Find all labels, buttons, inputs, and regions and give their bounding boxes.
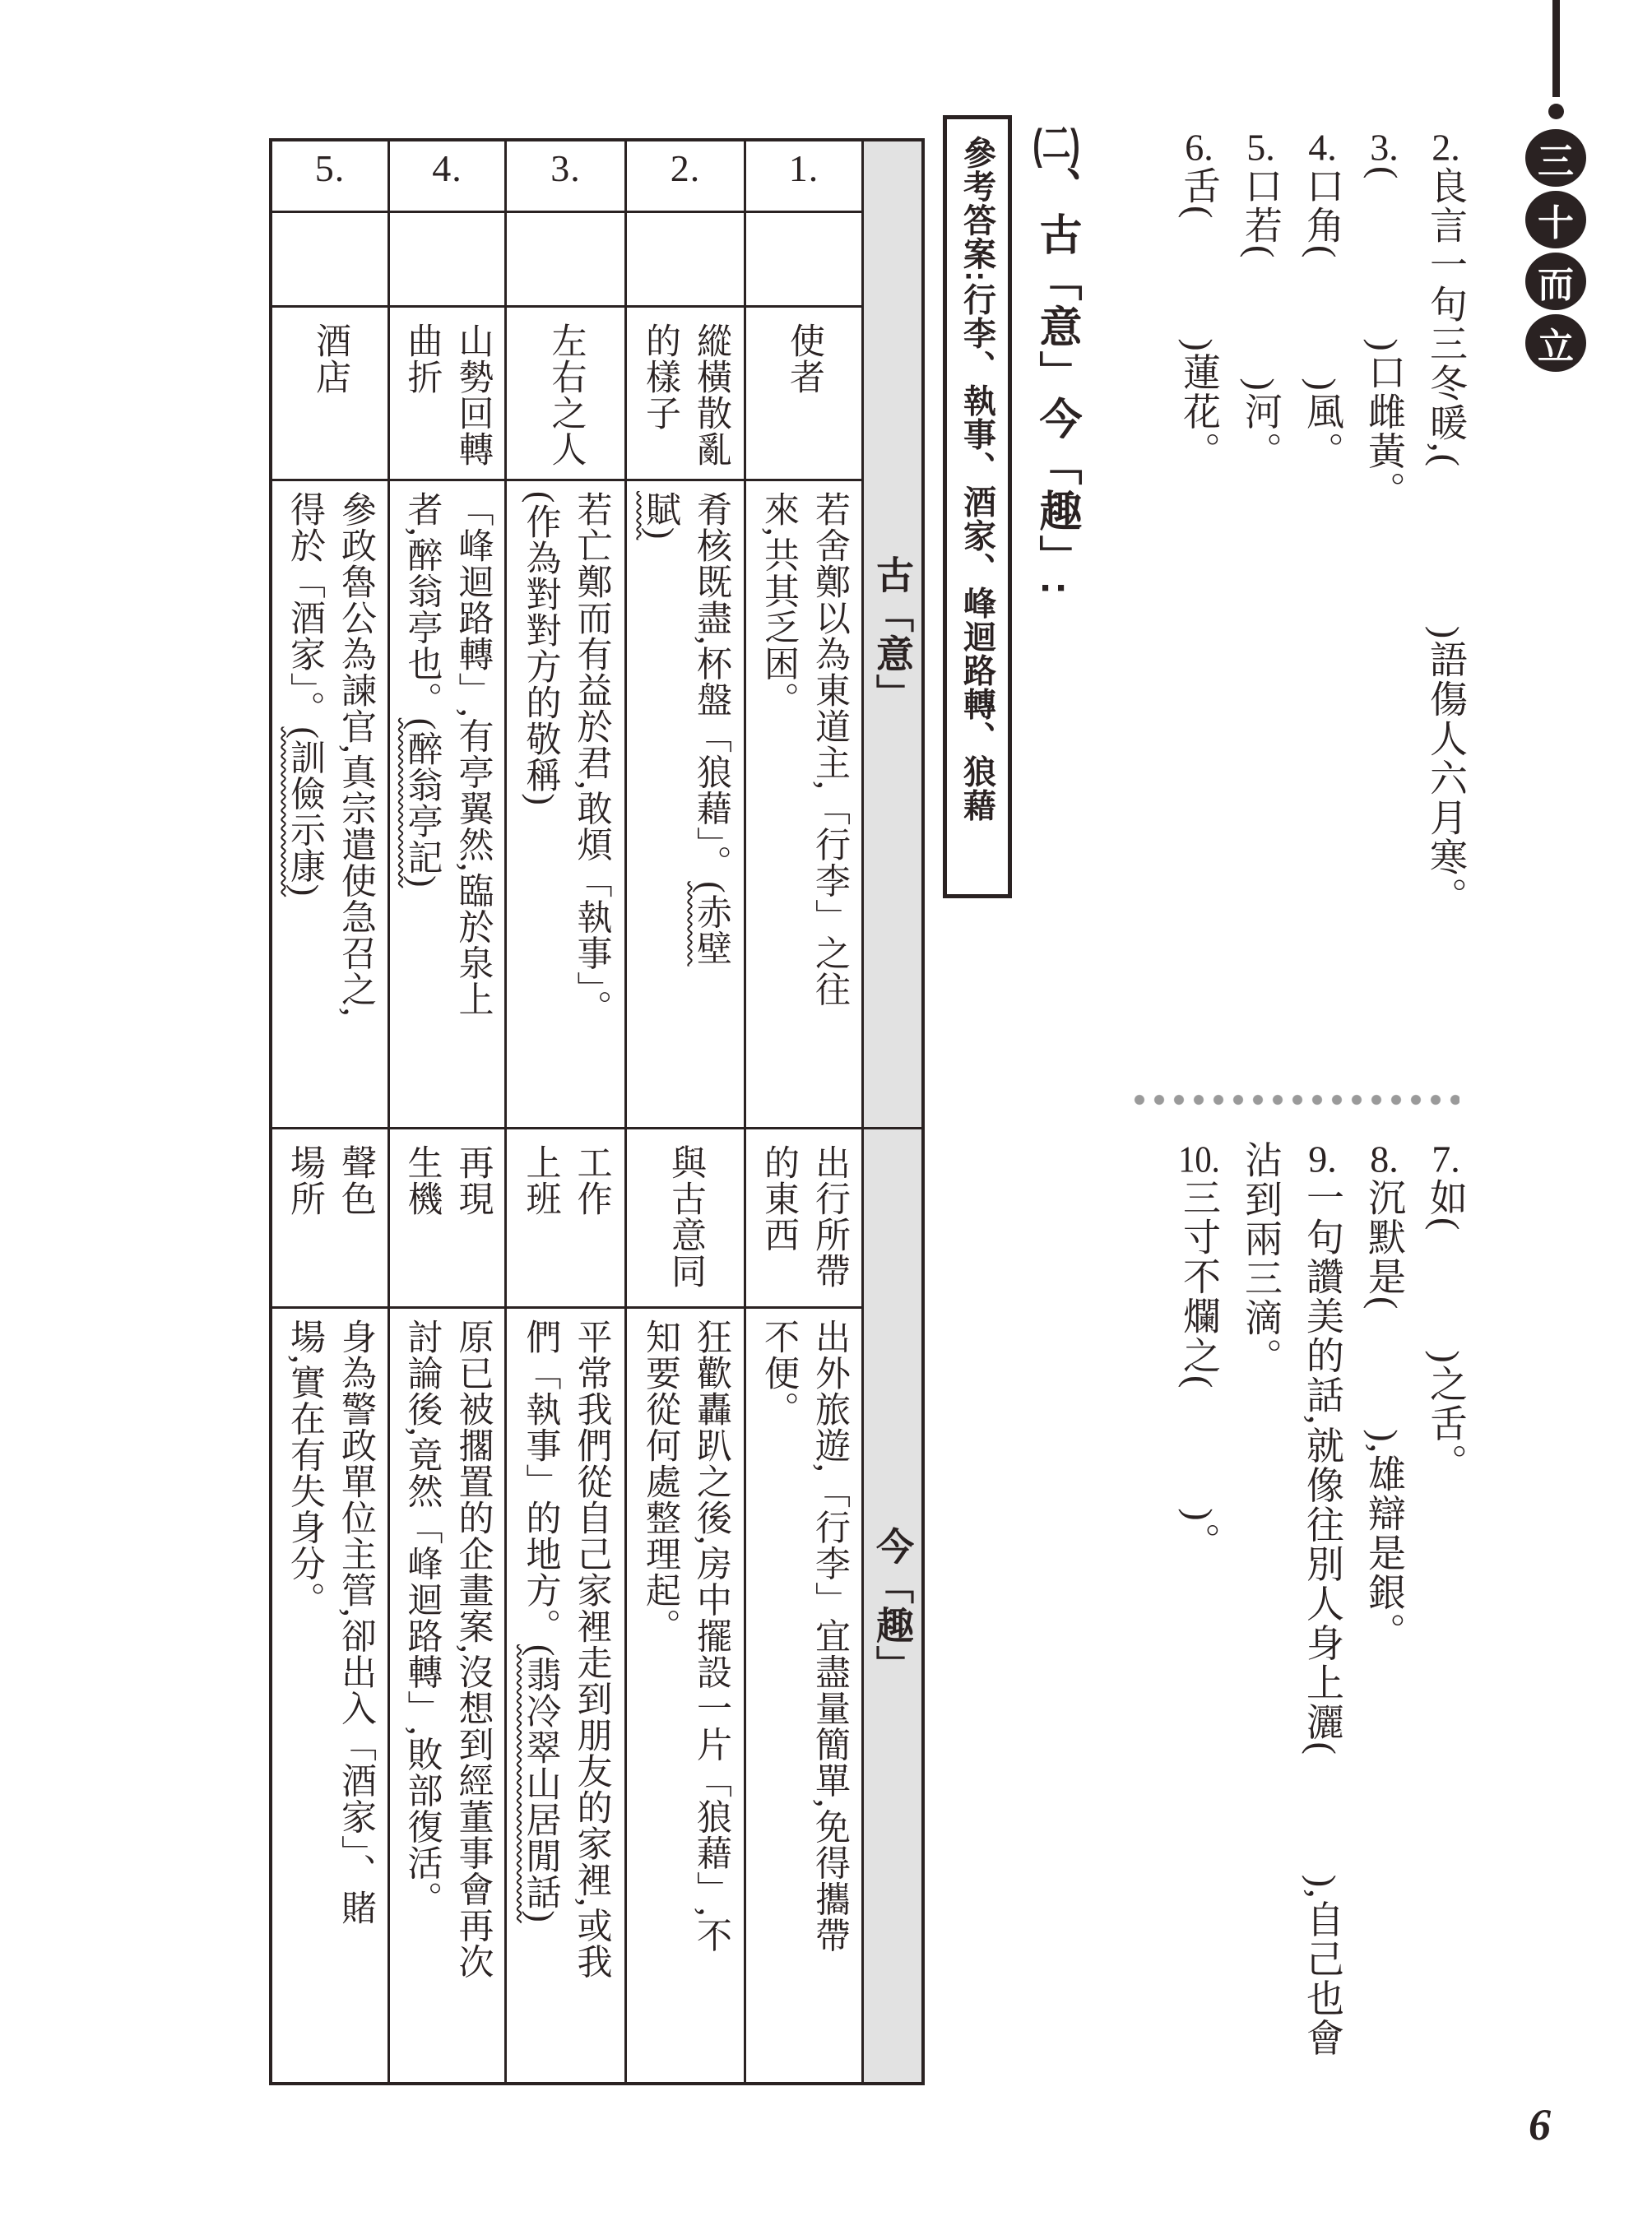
note-ref: (作為對對方的敬稱) (522, 491, 560, 806)
exercise-item-4: 4.口角( )風。 (1292, 128, 1353, 1009)
book-title-ref: (訓儉示康) (285, 727, 324, 897)
item-number: 2. (1425, 128, 1467, 166)
row1-number: 1. (746, 141, 861, 211)
section-number: (二) (1032, 123, 1080, 166)
item-number: 4. (1302, 128, 1343, 166)
answer-box-label: 參考答案: (959, 136, 995, 282)
section-title: 、古「意」今「趣」: (1032, 166, 1080, 598)
row3-ancient-example: 若亡鄭而有益於君,敢煩「執事」。 (作為對對方的敬稱) (507, 481, 624, 1127)
book-title-ref: (醉翁亭記) (403, 718, 442, 888)
row2-modern-meaning: 與古意同 (627, 1129, 744, 1306)
exercise-item-9: 9.一句讚美的話,就像往別人身上灑( ),自己也會沾到兩三滴。 (1230, 1140, 1353, 2078)
row3-modern-meaning: 工作 上班 (507, 1129, 624, 1306)
badge-char: 十 (1538, 193, 1574, 246)
badge-char-circle: 立 (1525, 314, 1586, 372)
badge-char: 而 (1538, 255, 1574, 308)
row5-ancient-meaning: 酒店 (272, 308, 387, 479)
row1-ancient-meaning: 使者 (746, 308, 861, 479)
table-header-modern: 今「趣」 (864, 1129, 921, 2082)
item-number: 3. (1363, 128, 1405, 166)
item-text: 口角( )風。 (1302, 166, 1343, 471)
row5-modern-meaning: 聲色 場所 (272, 1129, 387, 1306)
exercise-item-8: 8.沉默是( ),雄辯是銀。 (1353, 1140, 1415, 2078)
item-number: 7. (1425, 1140, 1467, 1178)
item-number: 5. (1240, 128, 1282, 166)
chapter-badge: 三 十 而 立 (1524, 0, 1587, 376)
dotted-divider (1134, 1094, 1459, 1106)
table-header-ancient: 古「意」 (864, 141, 921, 1127)
row4-ancient-meaning: 山勢回轉 曲折 (390, 308, 504, 479)
row3-ancient-meaning: 左右之人 (507, 308, 624, 479)
answer-box-answers: 行李、執事、酒家、峰迴路轉、狼藉 (959, 282, 995, 822)
row3-number: 3. (507, 141, 624, 211)
exercise-item-3: 3.( )口雌黃。 (1353, 128, 1415, 1009)
item-number: 10. (1178, 1140, 1220, 1178)
item-text: 口若( )河。 (1240, 166, 1282, 471)
exercise-item-7: 7.如( )之舌。 (1415, 1140, 1477, 2078)
section-heading: (二)、古「意」今「趣」: (1026, 123, 1088, 617)
badge-char-circle: 而 (1525, 253, 1586, 310)
item-text: 三寸不爛之( )。 (1178, 1178, 1220, 1562)
row1-modern-meaning: 出行所帶 的東西 (746, 1129, 861, 1306)
row1-modern-example: 出外旅遊,「行李」宜盡量簡單,免得攜帶 不便。 (746, 1309, 861, 2082)
row2-ancient-example: 肴核既盡,杯盤「狼藉」。(赤壁 賦) (627, 481, 744, 1127)
item-text: 舌( )蓮花。 (1178, 166, 1220, 471)
row3-modern-example: 平常我們從自己家裡走到朋友的家裡,或我 們「執事」的地方。(翡冷翠山居閒話) (507, 1309, 624, 2082)
page-number: 6 (1529, 2099, 1551, 2150)
row4-number: 4. (390, 141, 504, 211)
row2-number: 2. (627, 141, 744, 211)
item-text: 一句讚美的話,就像往別人身上灑( ),自己也會沾到兩三滴。 (1240, 1140, 1343, 2058)
row4-modern-meaning: 再現 生機 (390, 1129, 504, 1306)
item-number: 9. (1302, 1140, 1343, 1178)
reference-answer-box: 參考答案:行李、執事、酒家、峰迴路轉、狼藉 (943, 115, 1012, 898)
badge-char-circle: 十 (1525, 191, 1586, 248)
badge-dot (1548, 104, 1564, 119)
badge-char-circle: 三 (1525, 129, 1586, 187)
row4-modern-example: 原已被擱置的企畫案,沒想到經董事會再次 討論後,竟然「峰迴路轉」,敗部復活。 (390, 1309, 504, 2082)
row2-answer-blank-cell (627, 213, 744, 305)
row2-ancient-meaning: 縱橫散亂 的樣子 (627, 308, 744, 479)
exercise-item-10: 10.三寸不爛之( )。 (1168, 1140, 1230, 2078)
row1-answer-blank-cell (746, 213, 861, 305)
exercise-items-2-6: 2.良言一句三冬暖,( )語傷人六月寒。 3.( )口雌黃。 4.口角( )風。… (1164, 128, 1477, 1009)
book-title-ref: (翡冷翠山居閒話) (522, 1644, 560, 1923)
badge-char: 立 (1538, 317, 1574, 369)
item-number: 8. (1363, 1140, 1405, 1178)
exercise-item-5: 5.口若( )河。 (1230, 128, 1292, 1009)
exercise-items-7-10: 7.如( )之舌。 8.沉默是( ),雄辯是銀。 9.一句讚美的話,就像往別人身… (1164, 1140, 1477, 2078)
item-text: ( )口雌黃。 (1363, 166, 1405, 511)
exercise-item-2: 2.良言一句三冬暖,( )語傷人六月寒。 (1415, 128, 1477, 1009)
row5-modern-example: 身為警政單位主管,卻出入「酒家」、賭 場,實在有失身分。 (272, 1309, 387, 2082)
row3-answer-blank-cell (507, 213, 624, 305)
item-text: 良言一句三冬暖,( )語傷人六月寒。 (1425, 166, 1467, 916)
row5-number: 5. (272, 141, 387, 211)
exercise-item-6: 6.舌( )蓮花。 (1168, 128, 1230, 1009)
row2-modern-example: 狂歡轟趴之後,房中擺設一片「狼藉」,不 知要從何處整理起。 (627, 1309, 744, 2082)
badge-char: 三 (1538, 132, 1574, 184)
row4-ancient-example: 「峰迴路轉」,有亭翼然,臨於泉上 者,醉翁亭也。(醉翁亭記) (390, 481, 504, 1127)
ancient-modern-meaning-table: 古「意」 今「趣」 1. 使者 若舍鄭以為東道主,「行李」之往 來,共其乏困。 … (269, 138, 925, 2085)
row1-ancient-example: 若舍鄭以為東道主,「行李」之往 來,共其乏困。 (746, 481, 861, 1127)
item-text: 沉默是( ),雄辯是銀。 (1363, 1178, 1405, 1652)
item-number: 6. (1178, 128, 1220, 166)
row4-answer-blank-cell (390, 213, 504, 305)
item-text: 如( )之舌。 (1425, 1178, 1467, 1483)
row5-ancient-example: 參政魯公為諫官,真宗遣使急召之, 得於「酒家」。(訓儉示康) (272, 481, 387, 1127)
row5-answer-blank-cell (272, 213, 387, 305)
badge-stem-line (1552, 0, 1560, 97)
